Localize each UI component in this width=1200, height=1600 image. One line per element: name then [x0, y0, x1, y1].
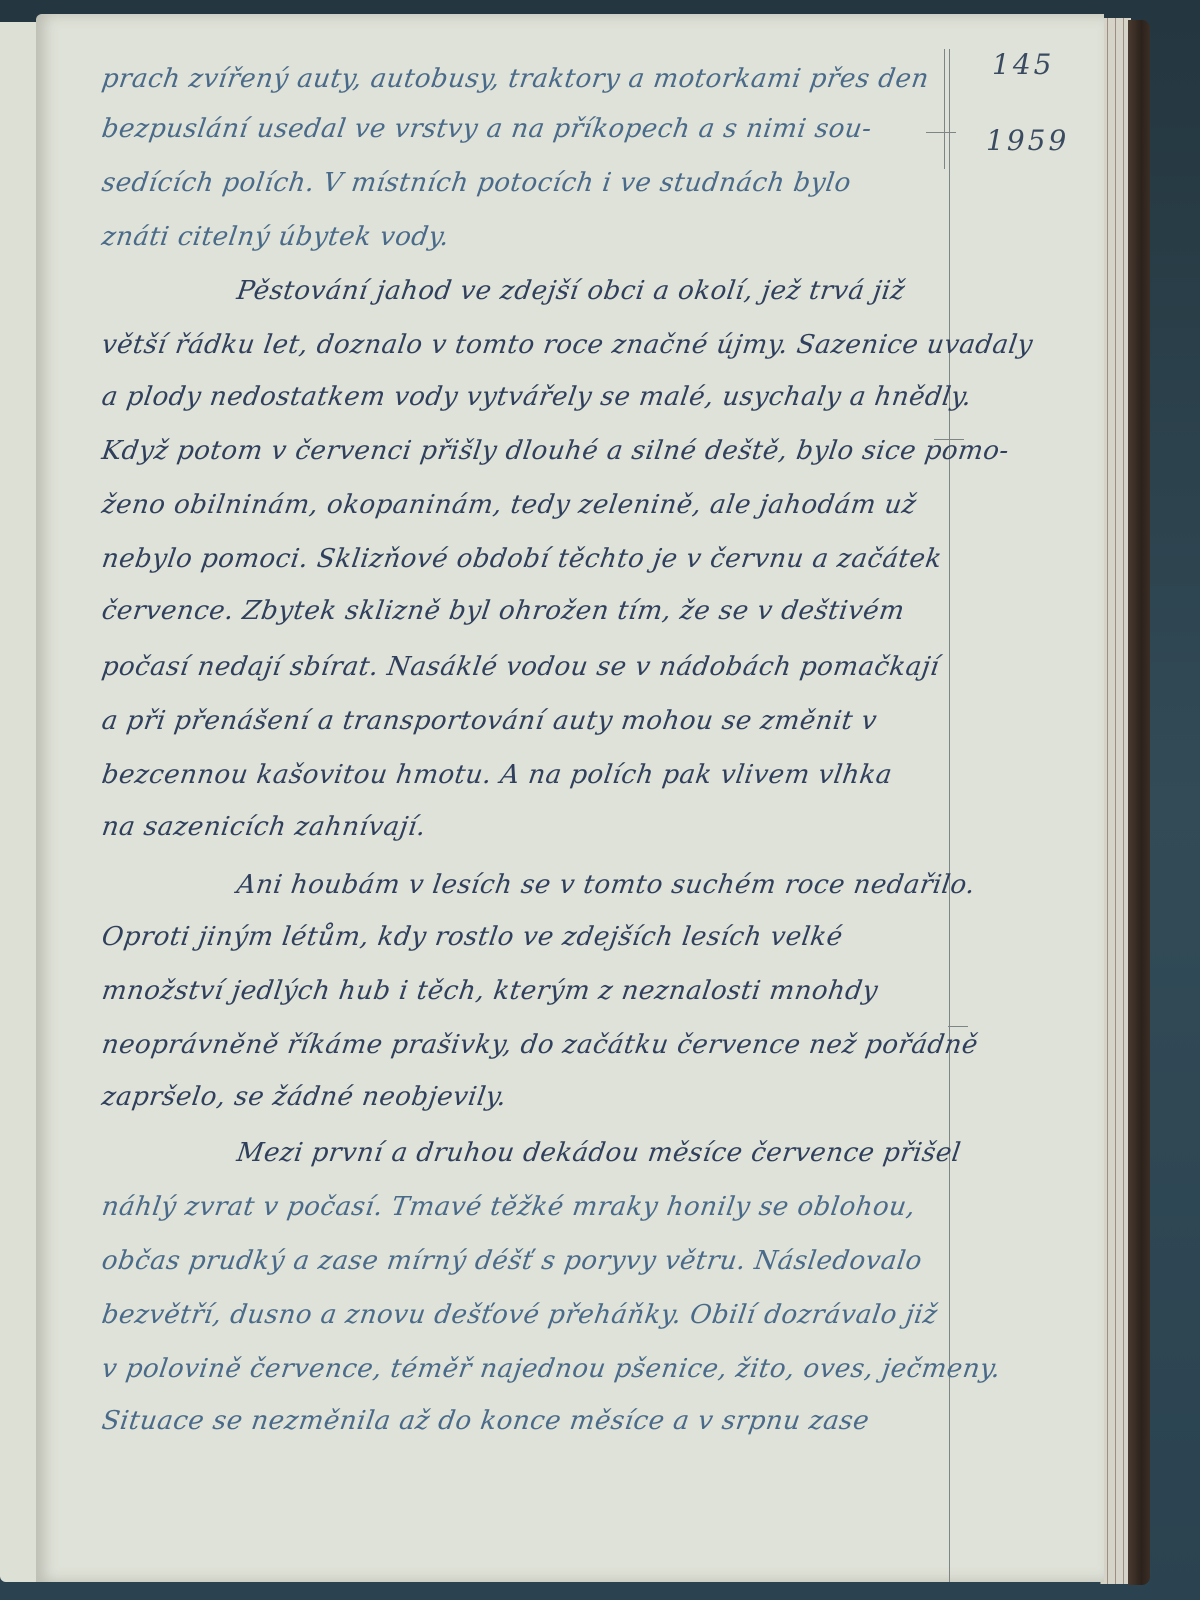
text-line: prach zvířený auty, autobusy, traktory a…: [100, 64, 931, 94]
chronicle-page: 145 1959 prach zvířený auty, autobusy, t…: [36, 14, 1104, 1582]
text-line: na sazenicích zahnívají.: [100, 812, 428, 842]
text-line: Oproti jiným létům, kdy rostlo ve zdejší…: [100, 922, 845, 952]
book-cover-edge: [1128, 20, 1150, 1585]
text-line: množství jedlých hub i těch, kterým z ne…: [100, 976, 880, 1006]
text-line: Pěstování jahod ve zdejší obci a okolí, …: [100, 276, 907, 306]
left-page-edge: [0, 22, 38, 1582]
text-line: bezvětří, dusno a znovu dešťové přeháňky…: [100, 1300, 940, 1330]
text-line: sedících polích. V místních potocích i v…: [100, 168, 853, 198]
margin-tick: [926, 132, 956, 133]
text-line: znáti citelný úbytek vody.: [100, 222, 451, 252]
margin-tick: [948, 1026, 968, 1027]
page-number: 145: [992, 48, 1054, 81]
text-line: bezcennou kašovitou hmotu. A na polích p…: [100, 760, 894, 790]
text-line: větší řádku let, doznalo v tomto roce zn…: [100, 330, 1035, 360]
margin-rule-secondary: [944, 49, 945, 169]
text-line: v polovině července, téměř najednou pšen…: [100, 1354, 1003, 1384]
text-line: července. Zbytek sklizně byl ohrožen tím…: [100, 596, 907, 626]
text-line: nebylo pomoci. Sklizňové období těchto j…: [100, 544, 944, 574]
year-marker: 1959: [986, 124, 1069, 157]
text-line: zapršelo, se žádné neobjevily.: [100, 1082, 509, 1112]
text-line: a plody nedostatkem vody vytvářely se ma…: [100, 382, 974, 412]
text-line: Ani houbám v lesích se v tomto suchém ro…: [100, 870, 977, 900]
page-stack-edge: [1100, 18, 1131, 1584]
text-line: Situace se nezměnila až do konce měsíce …: [100, 1406, 871, 1436]
text-line: bezpuslání usedal ve vrstvy a na příkope…: [100, 114, 874, 144]
text-line: Mezi první a druhou dekádou měsíce červe…: [100, 1138, 963, 1168]
text-line: neoprávněně říkáme prašivky, do začátku …: [100, 1030, 980, 1060]
margin-rule: [949, 49, 950, 1582]
text-line: náhlý zvrat v počasí. Tmavé těžké mraky …: [100, 1192, 917, 1222]
text-line: počasí nedají sbírat. Nasáklé vodou se v…: [100, 652, 941, 682]
text-line: ženo obilninám, okopaninám, tedy zelenin…: [100, 490, 918, 520]
text-line: a při přenášení a transportování auty mo…: [100, 706, 879, 736]
text-line: občas prudký a zase mírný déšť s poryvy …: [100, 1246, 924, 1276]
text-line: Když potom v červenci přišly dlouhé a si…: [100, 436, 1011, 466]
